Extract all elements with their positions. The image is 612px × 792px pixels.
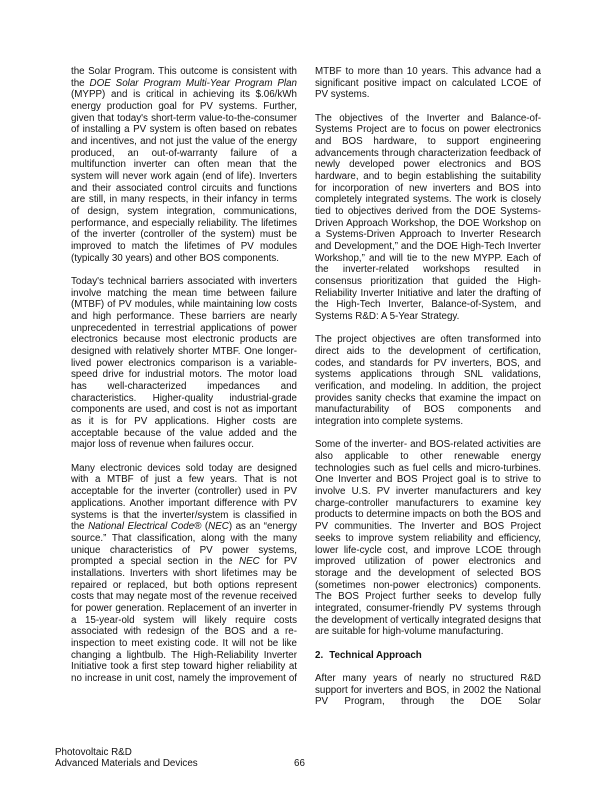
section-heading-technical-approach: 2.Technical Approach	[315, 650, 541, 662]
paragraph-after-many-years: After many years of nearly no structured…	[315, 673, 541, 708]
page-body: the Solar Program. This outcome is consi…	[71, 66, 541, 708]
paragraph-mtbf-advance: MTBF to more than 10 years. This advance…	[315, 66, 541, 101]
italic-run: NEC	[208, 521, 229, 532]
page-number: 66	[294, 758, 305, 769]
paragraph-project-objectives: The objectives of the Inverter and Balan…	[315, 113, 541, 323]
italic-run: National Electrical Code®	[88, 521, 201, 532]
heading-number: 2.	[315, 650, 323, 661]
paragraph-electronic-devices: Many electronic devices sold today are d…	[71, 463, 297, 685]
paragraph-bos-activities: Some of the inverter- and BOS-related ac…	[315, 439, 541, 637]
document-page: the Solar Program. This outcome is consi…	[0, 0, 612, 792]
footer-program-title: Photovoltaic R&D	[55, 747, 198, 758]
paragraph-solar-program: the Solar Program. This outcome is consi…	[71, 66, 297, 264]
footer-section-title: Advanced Materials and Devices	[55, 758, 198, 769]
page-footer: Photovoltaic R&D Advanced Materials and …	[55, 747, 198, 770]
left-column: the Solar Program. This outcome is consi…	[71, 66, 297, 708]
italic-run: NEC	[239, 556, 260, 567]
right-column: MTBF to more than 10 years. This advance…	[315, 66, 541, 708]
text-run: for PV installations. Inverters with sho…	[71, 556, 297, 684]
heading-text: Technical Approach	[329, 650, 422, 661]
italic-run: DOE Solar Program Multi-Year Program Pla…	[90, 78, 297, 89]
paragraph-direct-aids: The project objectives are often transfo…	[315, 334, 541, 427]
paragraph-technical-barriers: Today's technical barriers associated wi…	[71, 276, 297, 451]
text-run: (MYPP) and is critical in achieving its …	[71, 89, 297, 263]
